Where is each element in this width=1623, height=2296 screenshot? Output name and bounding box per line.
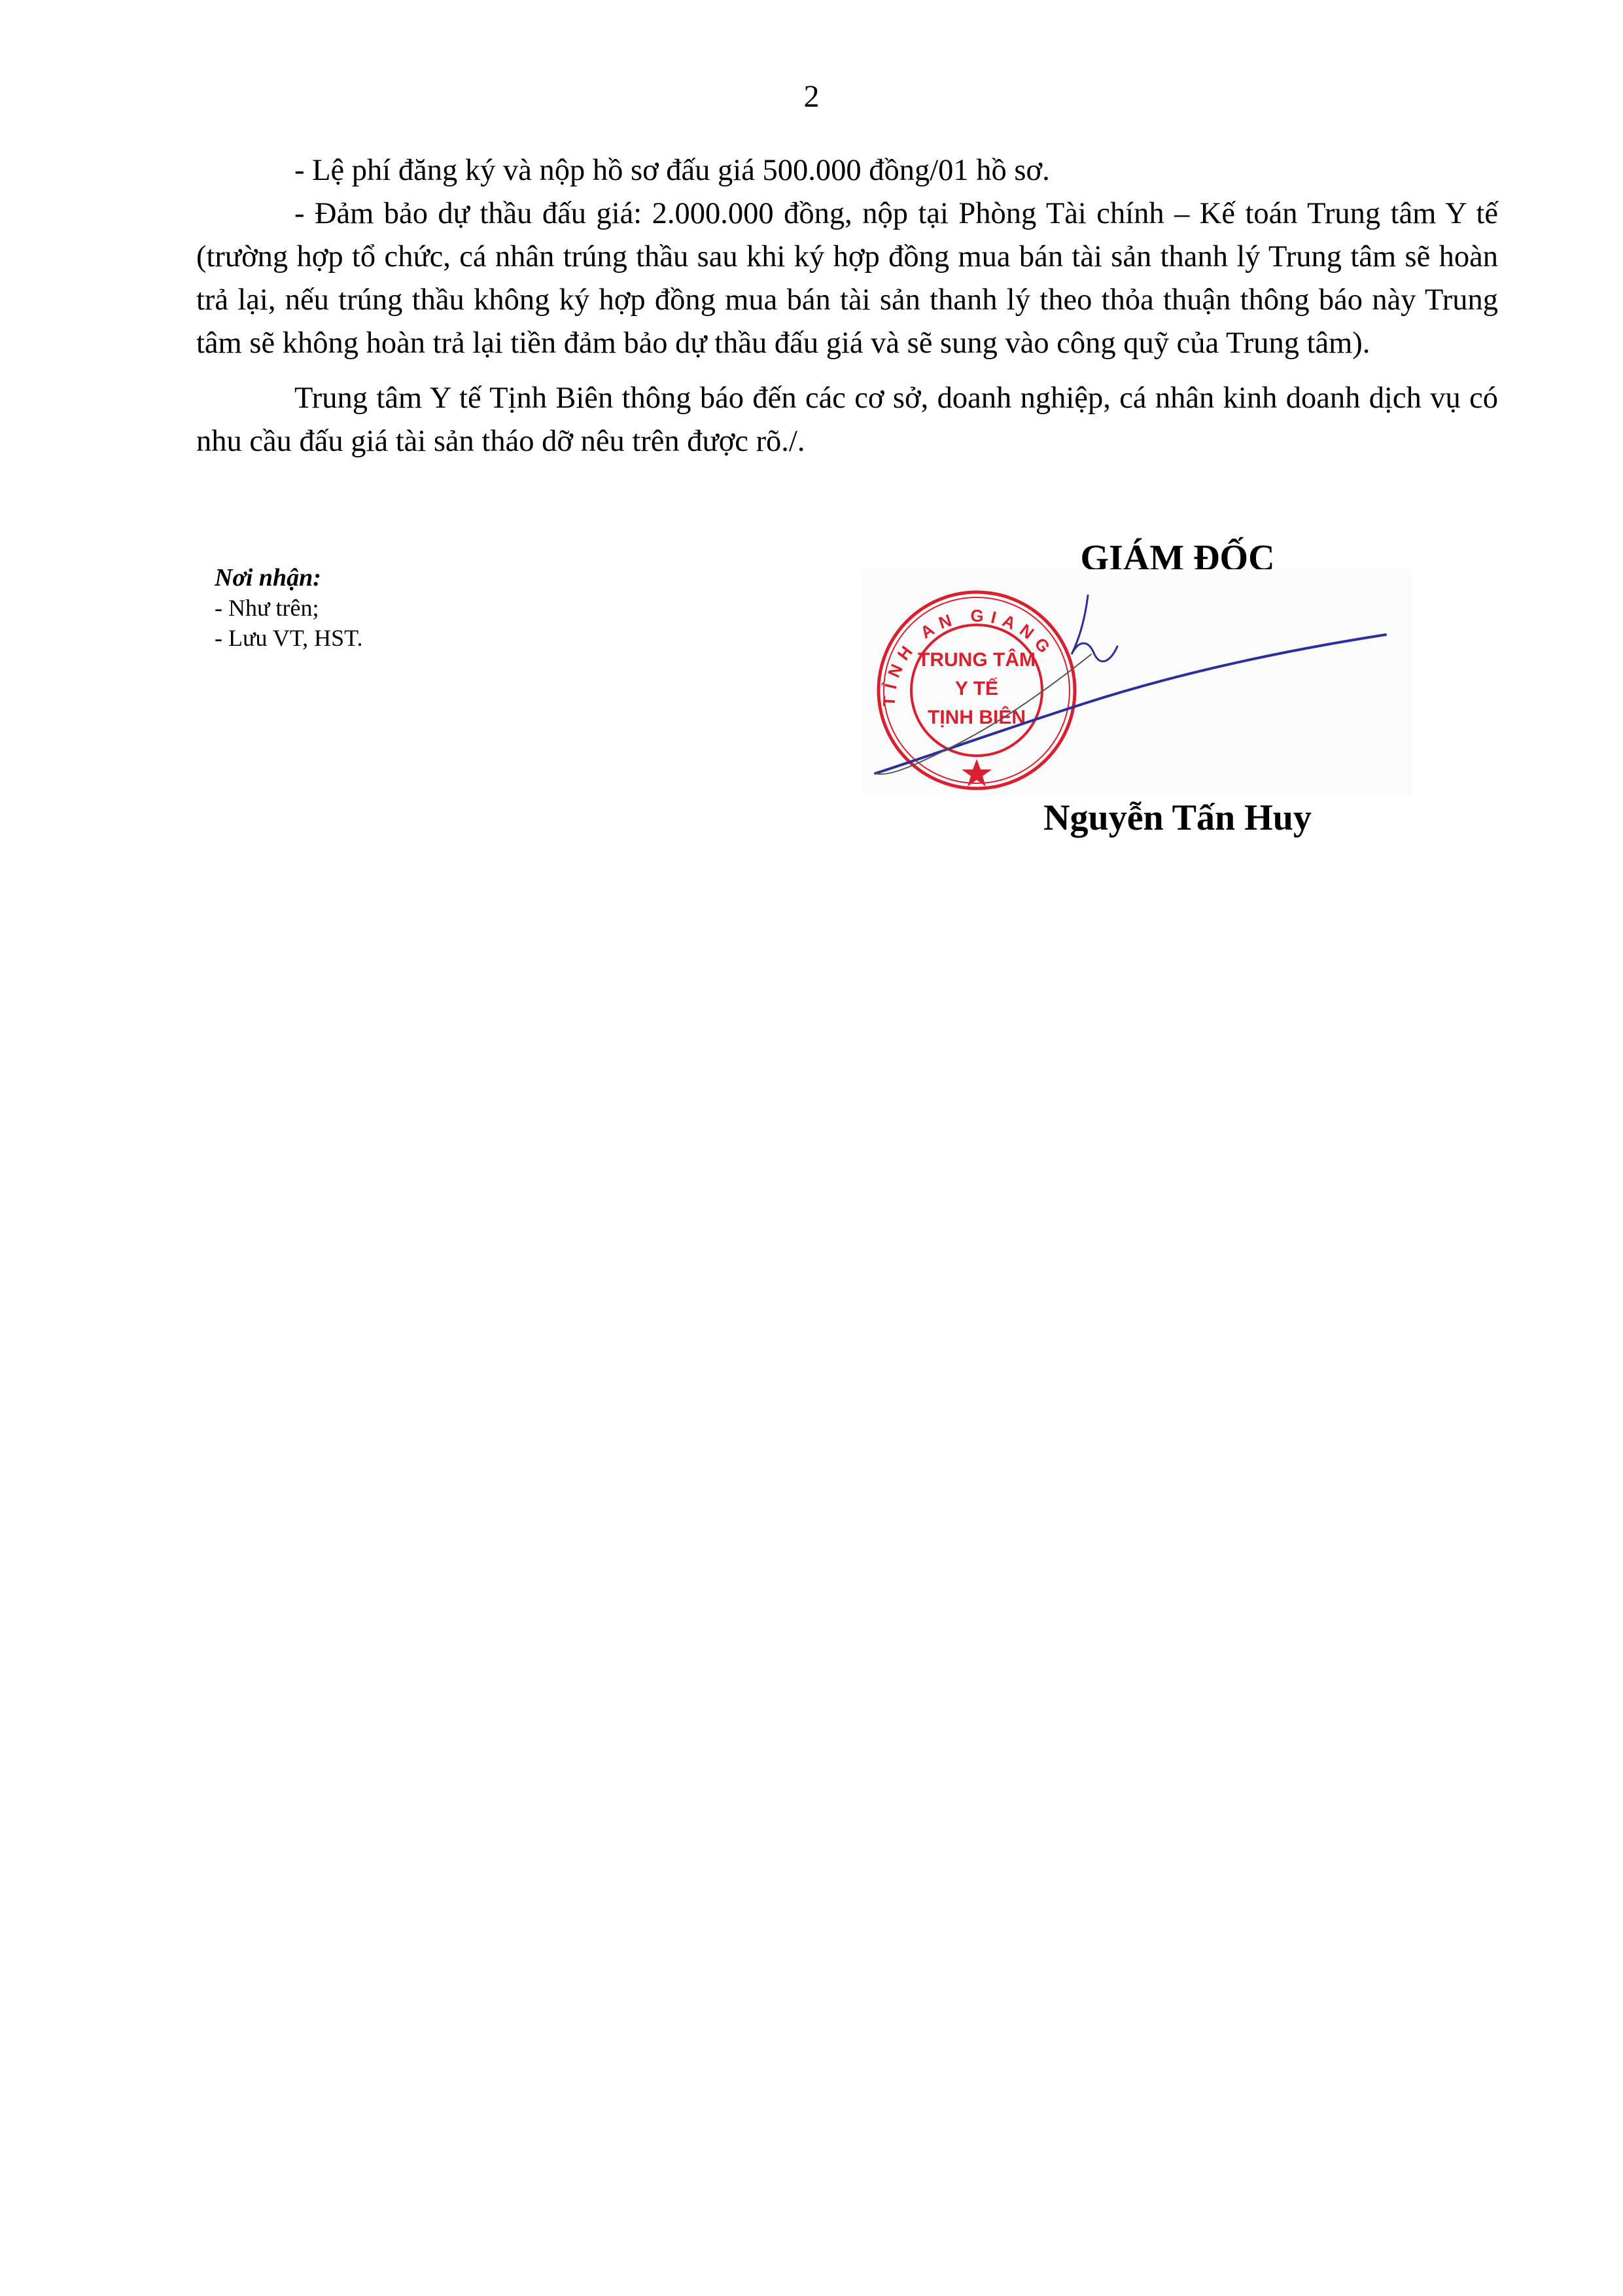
recipient-item: - Lưu VT, HST. xyxy=(215,623,363,653)
seal-and-signature: TRUNG TÂM Y TẾ TỊNH BIÊN SỞ Y TẾ TỈNH AN… xyxy=(862,569,1412,795)
recipient-item: - Như trên; xyxy=(215,593,363,623)
svg-text:TRUNG TÂM: TRUNG TÂM xyxy=(918,648,1036,671)
closing-paragraph: Trung tâm Y tế Tịnh Biên thông báo đến c… xyxy=(196,377,1498,463)
deposit-paragraph: - Đảm bảo dự thầu đấu giá: 2.000.000 đồn… xyxy=(196,192,1498,365)
recipients-block: Nơi nhận: - Như trên; - Lưu VT, HST. xyxy=(215,563,363,653)
svg-text:Y TẾ: Y TẾ xyxy=(955,677,998,699)
page-number: 2 xyxy=(0,77,1623,116)
recipients-title: Nơi nhận: xyxy=(215,563,363,593)
document-body: - Lệ phí đăng ký và nộp hồ sơ đấu giá 50… xyxy=(196,149,1498,463)
signer-name: Nguyễn Tấn Huy xyxy=(850,795,1505,841)
svg-text:TỊNH BIÊN: TỊNH BIÊN xyxy=(928,706,1026,728)
official-seal-icon: TRUNG TÂM Y TẾ TỊNH BIÊN SỞ Y TẾ TỈNH AN… xyxy=(862,569,1412,795)
fee-paragraph: - Lệ phí đăng ký và nộp hồ sơ đấu giá 50… xyxy=(196,149,1498,192)
